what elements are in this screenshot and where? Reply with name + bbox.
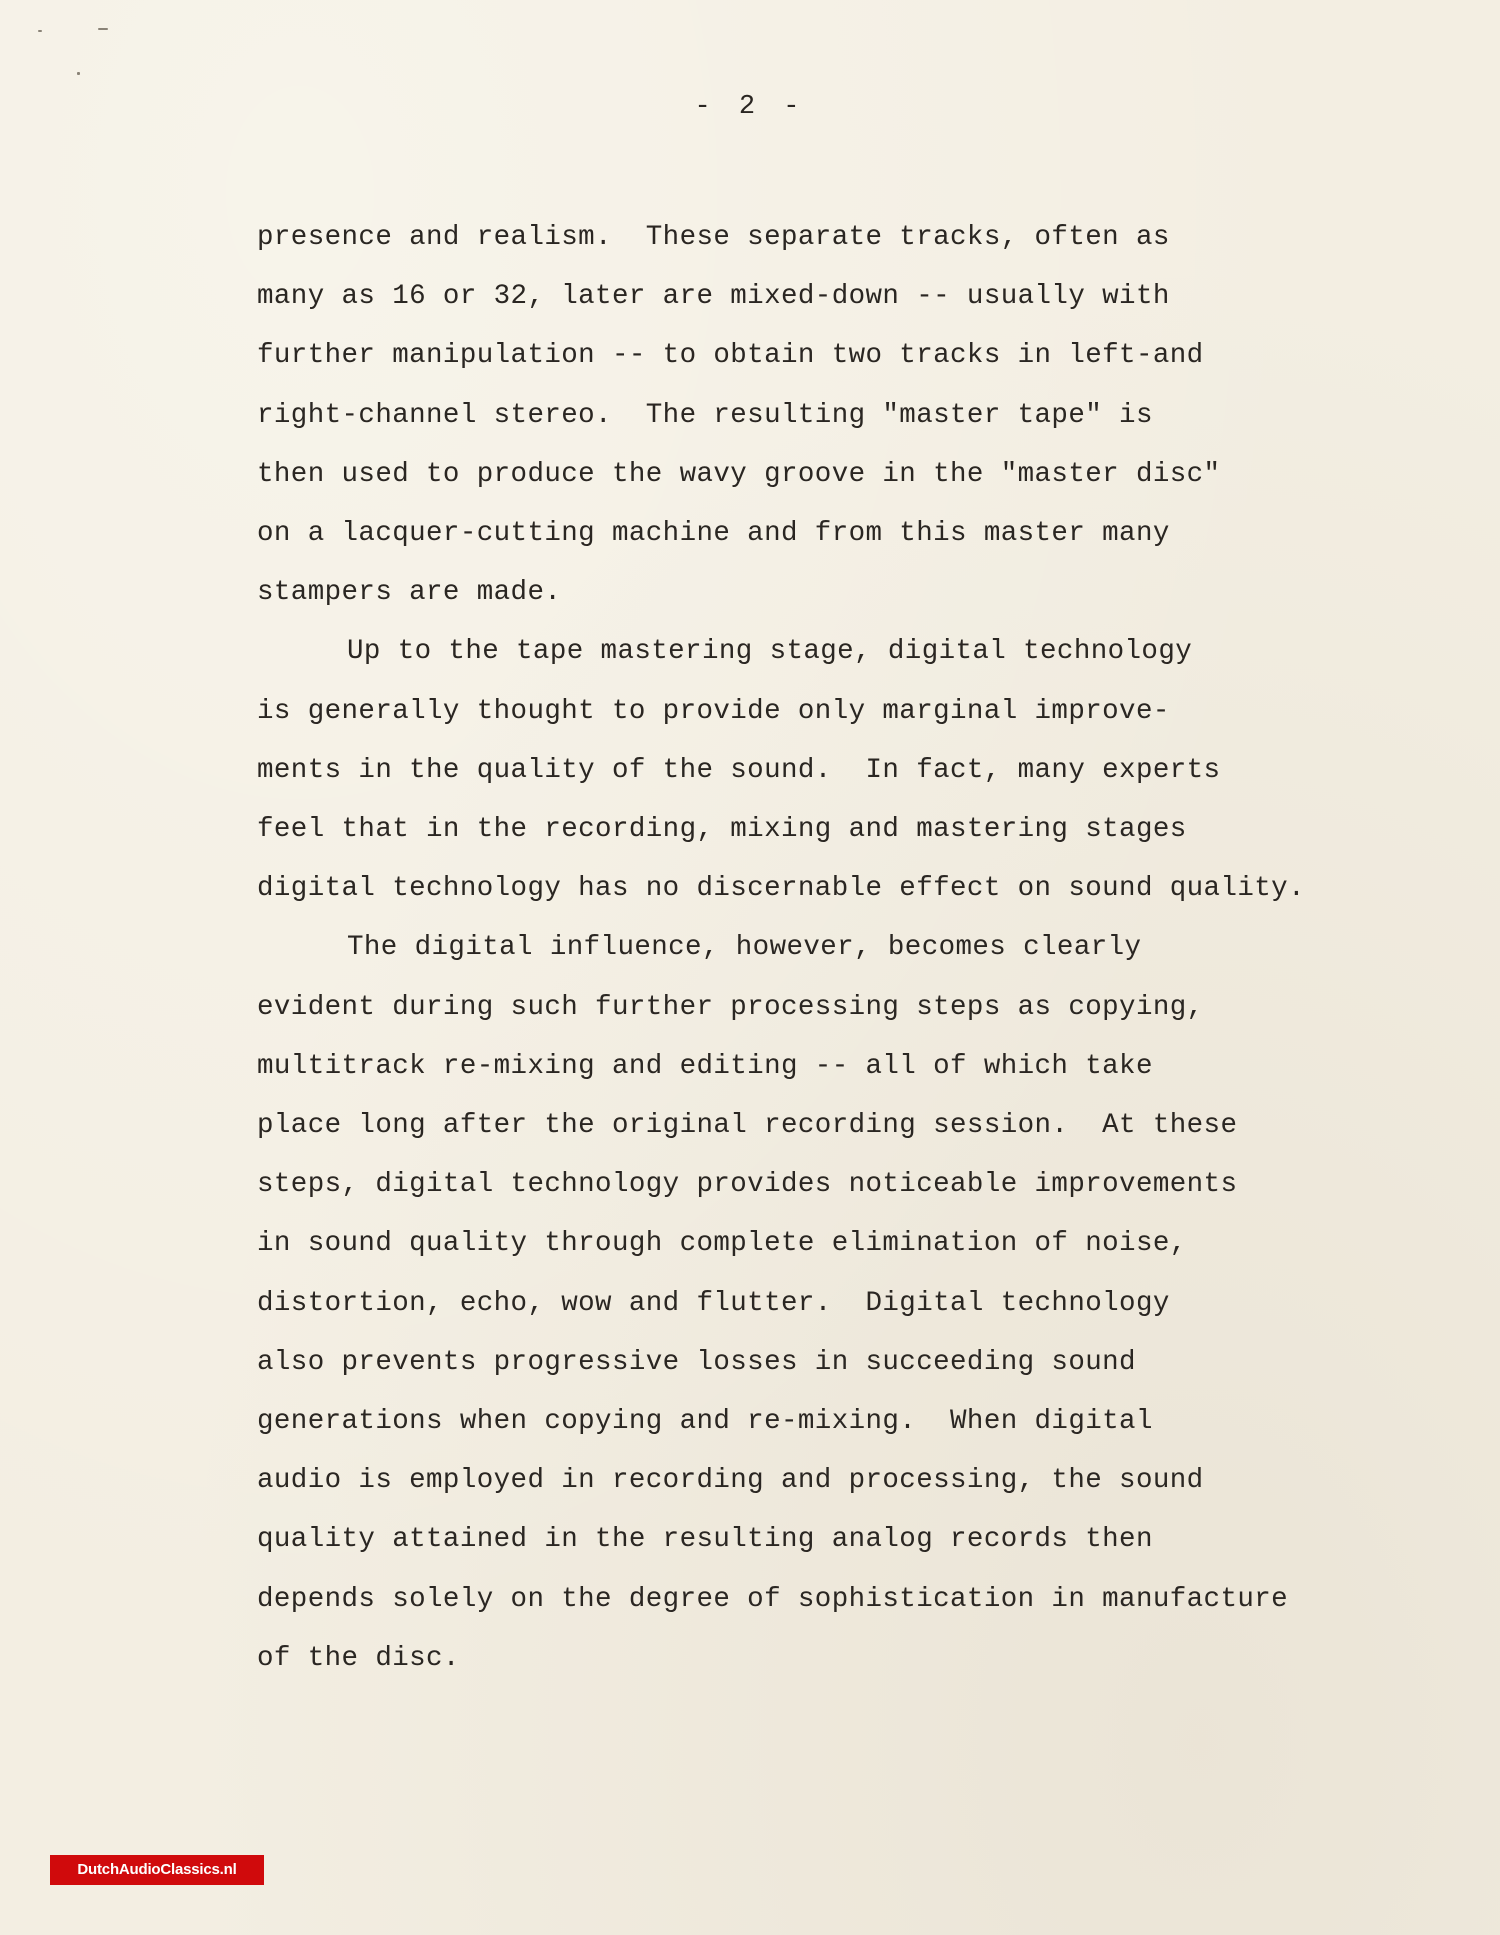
text-line: generations when copying and re-mixing. … (257, 1392, 1407, 1451)
text-line: ments in the quality of the sound. In fa… (257, 741, 1407, 800)
text-line: further manipulation -- to obtain two tr… (257, 326, 1407, 385)
text-line: is generally thought to provide only mar… (257, 682, 1407, 741)
paper-page: - 2 - presence and realism. These separa… (0, 0, 1500, 1935)
text-line: evident during such further processing s… (257, 978, 1407, 1037)
paper-speck (38, 30, 42, 32)
text-line: distortion, echo, wow and flutter. Digit… (257, 1274, 1407, 1333)
text-line: quality attained in the resulting analog… (257, 1510, 1407, 1569)
text-line: also prevents progressive losses in succ… (257, 1333, 1407, 1392)
document-body: presence and realism. These separate tra… (257, 208, 1407, 1688)
paragraph: Up to the tape mastering stage, digital … (257, 622, 1407, 918)
text-line: multitrack re-mixing and editing -- all … (257, 1037, 1407, 1096)
text-line: right-channel stereo. The resulting "mas… (257, 386, 1407, 445)
paper-speck (98, 28, 108, 30)
text-line: The digital influence, however, becomes … (257, 918, 1407, 977)
text-line: place long after the original recording … (257, 1096, 1407, 1155)
paragraph: presence and realism. These separate tra… (257, 208, 1407, 622)
page-number: - 2 - (0, 92, 1500, 122)
text-line: then used to produce the wavy groove in … (257, 445, 1407, 504)
paper-speck (77, 72, 80, 75)
text-line: presence and realism. These separate tra… (257, 208, 1407, 267)
text-line: many as 16 or 32, later are mixed-down -… (257, 267, 1407, 326)
text-line: digital technology has no discernable ef… (257, 859, 1407, 918)
watermark-badge[interactable]: DutchAudioClassics.nl (50, 1855, 264, 1885)
text-line: of the disc. (257, 1629, 1407, 1688)
paragraph: The digital influence, however, becomes … (257, 918, 1407, 1688)
text-line: audio is employed in recording and proce… (257, 1451, 1407, 1510)
text-line: stampers are made. (257, 563, 1407, 622)
text-line: steps, digital technology provides notic… (257, 1155, 1407, 1214)
text-line: in sound quality through complete elimin… (257, 1214, 1407, 1273)
text-line: on a lacquer-cutting machine and from th… (257, 504, 1407, 563)
text-line: feel that in the recording, mixing and m… (257, 800, 1407, 859)
text-line: depends solely on the degree of sophisti… (257, 1570, 1407, 1629)
text-line: Up to the tape mastering stage, digital … (257, 622, 1407, 681)
